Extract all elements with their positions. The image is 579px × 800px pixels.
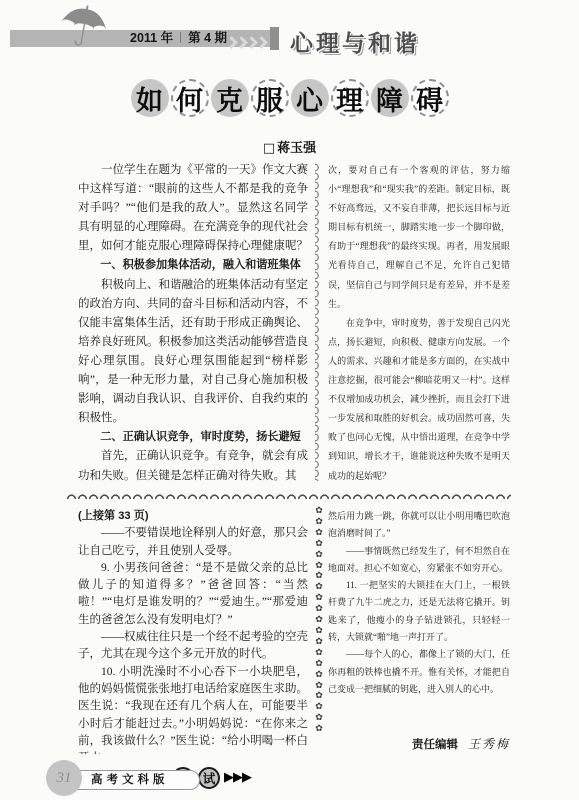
author-line: □蒋玉强: [0, 137, 579, 156]
article-paragraph: 一位学生在题为《平常的一天》作文大赛中这样写道：“眼前的这些人不都是我的竞争对手…: [78, 161, 308, 256]
title-char-circle: 如: [131, 79, 169, 117]
title-char-circle: 何: [171, 79, 209, 117]
continued-column-left: (上接第 33 页)——不要错误地诠释别人的好意，那只会让自己吃亏，并且使别人受…: [78, 508, 308, 754]
flower-ornament-divider: ✿ ✿ ✿ ✿ ✿ ✿ ✿ ✿ ✿ ✿ ✿ ✿ ✿ ✿ ✿ ✿ ✿ ✿ ✿ ✿ …: [312, 506, 326, 735]
continued-paragraph: ——权威往往只是一个经不起考验的空壳子，尤其在现今这个多元开放的时代。: [78, 629, 308, 664]
author-name: 蒋玉强: [277, 140, 316, 155]
chevron-icon: [255, 36, 268, 49]
article-column-right: 次，要对自己有一个客观的评估，努力缩小“理想我”和“现实我”的差距。制定目标，既…: [328, 161, 510, 488]
umbrella-icon: ☂: [53, 0, 113, 62]
footer-arrows-icon: ▶▶▶: [224, 770, 251, 785]
continued-paragraph: 然后用力跳一跳，你就可以让小明用嘴巴吹泡泡消磨时间了。”: [328, 508, 510, 543]
title-char-circle: 心: [291, 79, 329, 117]
issue-line: 2011 年第 4 期: [130, 30, 227, 47]
continued-column-right: 然后用力跳一跳，你就可以让小明用嘴巴吹泡泡消磨时间了。”——事情既然已经发生了，…: [328, 508, 510, 720]
section-separator-wavy: [66, 491, 511, 499]
magazine-page: ☂ 2011 年第 4 期 心理与和谐 如 何 克 服 心 理 障 碍 □蒋玉强…: [0, 0, 579, 800]
editor-label: 责任编辑: [412, 739, 458, 751]
exam-badge-shi: 试: [198, 767, 220, 789]
page-number-badge: 31: [46, 760, 82, 796]
article-paragraph: 次，要对自己有一个客观的评估，努力缩小“理想我”和“现实我”的差距。制定目标，既…: [328, 161, 510, 314]
article-paragraph: 二、正确认识竞争，审时度势，扬长避短: [78, 428, 308, 447]
continued-paragraph: ——每个人的心，都像上了锁的大门，任你再粗的铁棒也撬不开。惟有关怀，才能把自己变…: [328, 646, 510, 698]
continued-paragraph: (上接第 33 页): [78, 508, 308, 525]
edition-pill: 高考文科版: [62, 770, 200, 790]
author-square-icon: □: [263, 141, 275, 156]
header-bar-endcap: [270, 27, 279, 50]
issue-number: 第 4 期: [188, 31, 227, 45]
editor-name: 王秀梅: [468, 737, 510, 751]
issue-separator: [180, 32, 181, 43]
title-char-circle: 克: [211, 79, 249, 117]
editor-credit: 责任编辑王秀梅: [328, 735, 510, 753]
article-paragraph: 在竞争中，审时度势，善于发现自己闪光点，扬长避短，向积极、健康方向发展。一个人的…: [328, 314, 510, 486]
article-column-left: 一位学生在题为《平常的一天》作文大赛中这样写道：“眼前的这些人不都是我的竞争对手…: [78, 161, 308, 488]
title-char-circle: 碍: [411, 79, 449, 117]
article-paragraph: 积极向上、和谐融洽的班集体活动有坚定的政治方向、共同的奋斗目标和活动内容，不仅能…: [78, 276, 308, 429]
column-divider-wavy: [315, 163, 322, 481]
article-paragraph: 首先，正确认识竞争。有竞争，就会有成功和失败。但关键是怎样正确对待失败。其: [78, 447, 308, 485]
article-paragraph: 一、积极参加集体活动，融入和谐班集体: [78, 256, 308, 275]
column-title: 心理与和谐: [290, 25, 420, 58]
continued-paragraph: 10. 小明洗澡时不小心吞下一小块肥皂，他的妈妈慌慌张张地打电话给家庭医生求助。…: [78, 664, 308, 754]
chevron-right-icons: [226, 34, 266, 52]
title-char-circle: 服: [251, 79, 289, 117]
continued-paragraph: ——事情既然已经发生了，何不坦然自在地面对。担心不如宽心，穷紧张不如穷开心。: [328, 543, 510, 578]
article-title: 如 何 克 服 心 理 障 碍: [0, 79, 579, 117]
title-char-circle: 理: [331, 79, 369, 117]
continued-paragraph: 9. 小男孩问爸爸：“是不是做父亲的总比做儿子的知道得多？”爸爸回答：“当然啦！…: [78, 560, 308, 629]
continued-paragraph: ——不要错误地诠释别人的好意，那只会让自己吃亏，并且使别人受辱。: [78, 525, 308, 560]
issue-year: 2011 年: [130, 31, 173, 45]
title-char-circle: 障: [371, 79, 409, 117]
continued-paragraph: 11. 一把坚实的大锁挂在大门上，一根铁杆费了九牛二虎之力，还是无法将它撬开。钥…: [328, 577, 510, 646]
